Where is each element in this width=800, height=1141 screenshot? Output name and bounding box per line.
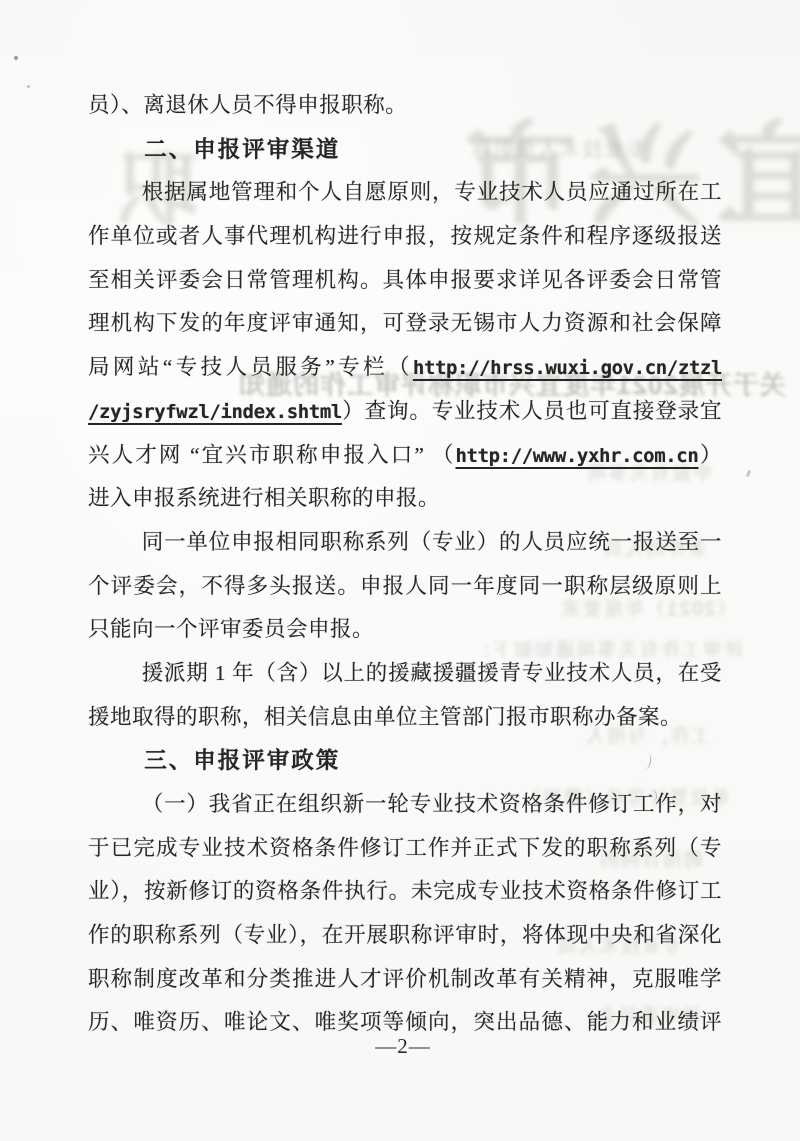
text-line: 理机构下发的年度评审通知，可登录无锡市人力资源和社会保障 (88, 302, 722, 346)
text-segment: 职称制度改革和分类推进人才评价机制改革有关精神，克服唯学 (88, 967, 722, 991)
text-line: 作单位或者人事代理机构进行申报，按规定条件和程序逐级报送 (88, 215, 722, 259)
url-text: /zyjsryfwzl/index.shtml (88, 401, 342, 423)
text-segment: 作的职称系列（专业），在开展职称评审时，将体现中央和省深化 (88, 923, 722, 947)
text-line: 业），按新修订的资格条件执行。未完成专业技术资格条件修订工 (88, 870, 722, 914)
paper-speck (746, 470, 752, 478)
section-heading: 三、申报评审政策 (88, 739, 722, 783)
url-text: http://hrss.wuxi.gov.cn/ztzl (413, 357, 722, 379)
text-segment: 于已完成专业技术资格条件修订工作并正式下发的职称系列（专 (88, 836, 722, 860)
text-segment: 作单位或者人事代理机构进行申报，按规定条件和程序逐级报送 (88, 224, 722, 248)
page-number: —2— (0, 1031, 800, 1061)
text-segment: 员）、离退休人员不得申报职称。 (88, 93, 407, 117)
text-line: 援派期 1 年（含）以上的援藏援疆援青专业技术人员，在受 (88, 652, 722, 696)
text-line: 同一单位申报相同职称系列（专业）的人员应统一报送至一 (88, 521, 722, 565)
url-text: http://www.yxhr.com.cn (456, 445, 699, 467)
paper-speck (14, 56, 18, 60)
scanned-document-page: 宜兴市职专业技术人员职称关于开展2021年度宜兴市职称评审工作的通知申报有关事项… (0, 0, 800, 1141)
text-line: 进入申报系统进行相关职称的申报。 (88, 477, 722, 521)
paper-speck (27, 85, 30, 88)
text-segment: 二、申报评审渠道 (144, 137, 340, 162)
text-line: 局网站“专技人员服务”专栏（http://hrss.wuxi.gov.cn/zt… (88, 346, 722, 390)
text-line: 作的职称系列（专业），在开展职称评审时，将体现中央和省深化 (88, 914, 722, 958)
text-line: 援地取得的职称，相关信息由单位主管部门报市职称办备案。 (88, 696, 722, 740)
text-segment: 理机构下发的年度评审通知，可登录无锡市人力资源和社会保障 (88, 311, 722, 335)
text-line: 职称制度改革和分类推进人才评价机制改革有关精神，克服唯学 (88, 958, 722, 1002)
text-segment: 至相关评委会日常管理机构。具体申报要求详见各评委会日常管 (88, 268, 722, 292)
text-segment: 进入申报系统进行相关职称的申报。 (88, 486, 440, 510)
text-line: （一）我省正在组织新一轮专业技术资格条件修订工作，对 (88, 783, 722, 827)
text-line: 至相关评委会日常管理机构。具体申报要求详见各评委会日常管 (88, 259, 722, 303)
text-segment: 援地取得的职称，相关信息由单位主管部门报市职称办备案。 (88, 705, 682, 729)
text-segment: 三、申报评审政策 (144, 748, 340, 773)
text-line: 于已完成专业技术资格条件修订工作并正式下发的职称系列（专 (88, 827, 722, 871)
text-line: /zyjsryfwzl/index.shtml）查询。专业技术人员也可直接登录宜 (88, 390, 722, 434)
text-segment: 兴人才网 “宜兴市职称申报入口” （ (88, 443, 456, 467)
text-line: 个评委会，不得多头报送。申报人同一年度同一职称层级原则上 (88, 565, 722, 609)
text-segment: 个评委会，不得多头报送。申报人同一年度同一职称层级原则上 (88, 574, 722, 598)
document-body: 员）、离退休人员不得申报职称。二、申报评审渠道根据属地管理和个人自愿原则，专业技… (88, 84, 722, 1045)
text-segment: ） (698, 443, 722, 467)
text-segment: 业），按新修订的资格条件执行。未完成专业技术资格条件修订工 (88, 879, 722, 903)
text-segment: 援派期 1 年（含）以上的援藏援疆援青专业技术人员，在受 (142, 661, 722, 685)
text-segment: 局网站“专技人员服务”专栏（ (88, 355, 413, 379)
text-segment: ）查询。专业技术人员也可直接登录宜 (342, 399, 722, 423)
text-segment: （一）我省正在组织新一轮专业技术资格条件修订工作，对 (142, 792, 722, 816)
text-line: 兴人才网 “宜兴市职称申报入口” （http://www.yxhr.com.cn… (88, 434, 722, 478)
text-line: 只能向一个评审委员会申报。 (88, 608, 722, 652)
section-heading: 二、申报评审渠道 (88, 128, 722, 172)
text-line: 员）、离退休人员不得申报职称。 (88, 84, 722, 128)
text-segment: 同一单位申报相同职称系列（专业）的人员应统一报送至一 (142, 530, 722, 554)
text-segment: 根据属地管理和个人自愿原则，专业技术人员应通过所在工 (142, 180, 722, 204)
text-segment: 只能向一个评审委员会申报。 (88, 617, 374, 641)
text-line: 根据属地管理和个人自愿原则，专业技术人员应通过所在工 (88, 171, 722, 215)
